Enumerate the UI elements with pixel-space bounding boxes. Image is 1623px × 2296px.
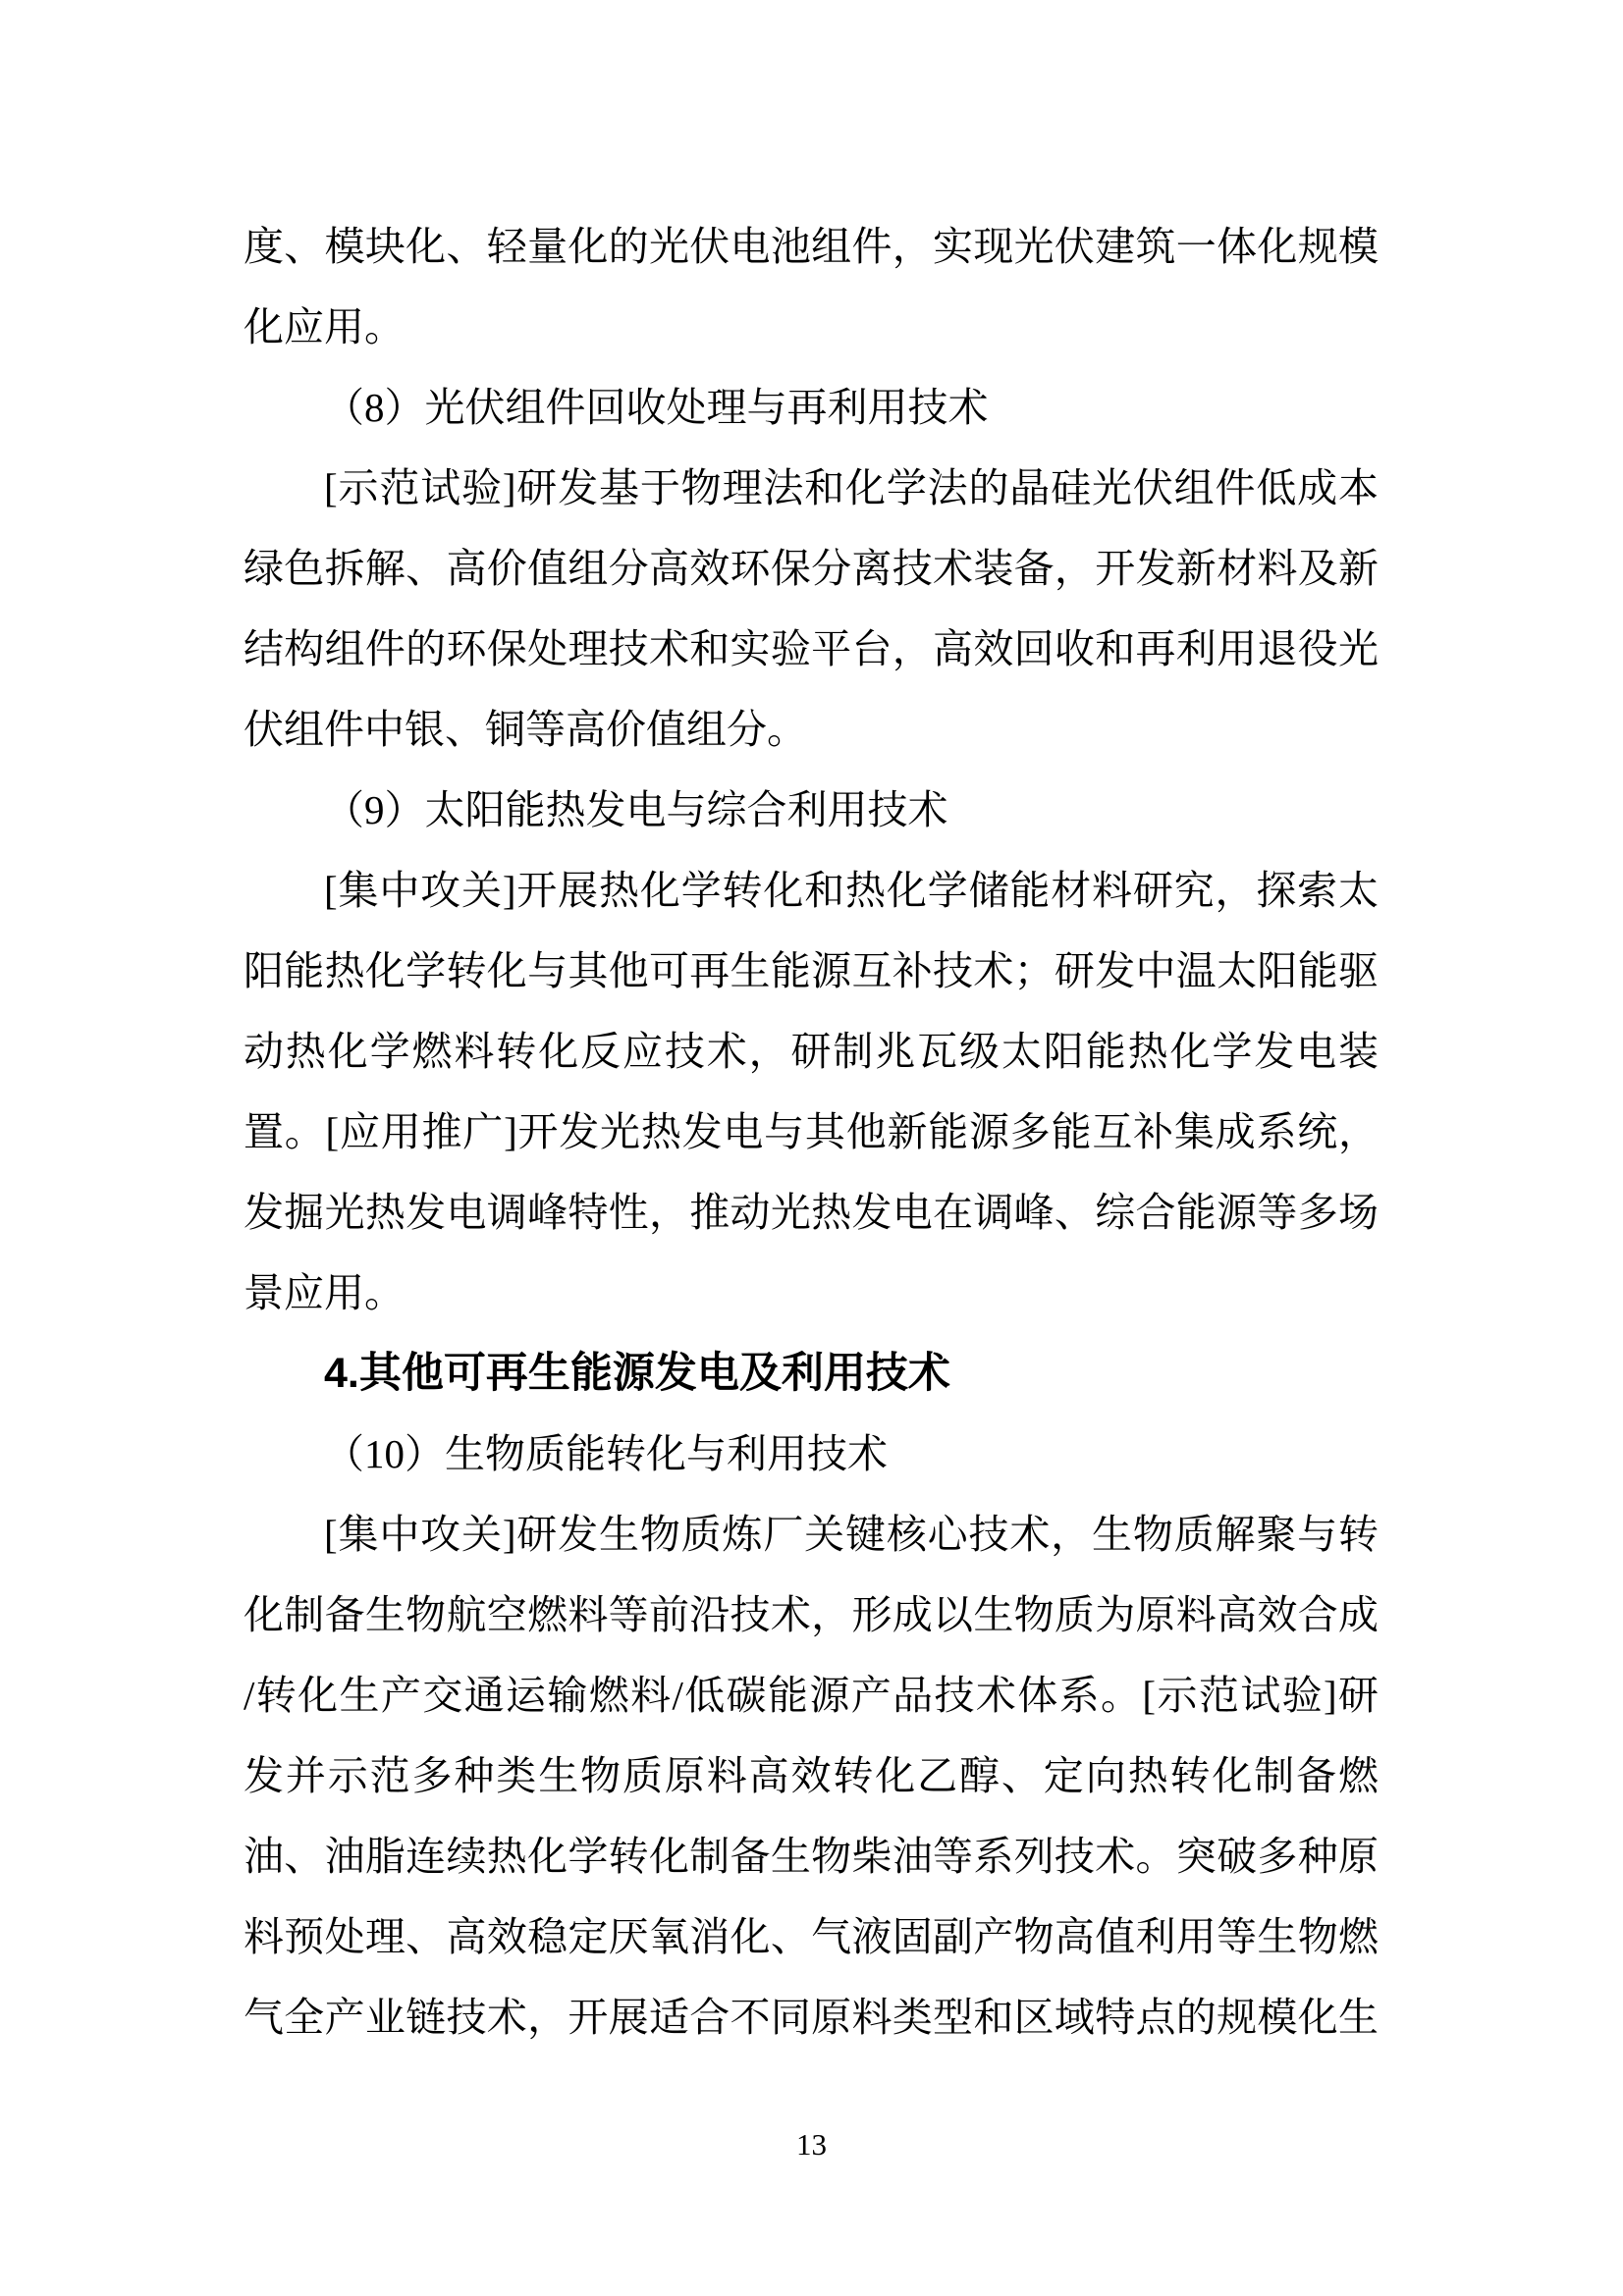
body-line: [示范试验]研发基于物理法和化学法的晶硅光伏组件低成本: [243, 448, 1379, 528]
document-page: 度、模块化、轻量化的光伏电池组件，实现光伏建筑一体化规模 化应用。 （8）光伏组…: [0, 0, 1623, 2296]
heading-item-8: （8）光伏组件回收处理与再利用技术: [243, 367, 1379, 448]
body-line: 结构组件的环保处理技术和实验平台，高效回收和再利用退役光: [243, 609, 1379, 689]
body-line: 阳能热化学转化与其他可再生能源互补技术；研发中温太阳能驱: [243, 931, 1379, 1011]
body-line: 伏组件中银、铜等高价值组分。: [243, 689, 1379, 770]
section-heading-4: 4.其他可再生能源发电及利用技术: [243, 1333, 1379, 1414]
page-number: 13: [0, 2128, 1623, 2162]
body-line: 置。[应用推广]开发光热发电与其他新能源多能互补集成系统，: [243, 1092, 1379, 1172]
body-line: 化应用。: [243, 287, 1379, 367]
body-line: 发掘光热发电调峰特性，推动光热发电在调峰、综合能源等多场: [243, 1172, 1379, 1253]
heading-item-9: （9）太阳能热发电与综合利用技术: [243, 770, 1379, 850]
body-line: 气全产业链技术，开展适合不同原料类型和区域特点的规模化生: [243, 1977, 1379, 2057]
body-line: 化制备生物航空燃料等前沿技术，形成以生物质为原料高效合成: [243, 1575, 1379, 1655]
body-line: 油、油脂连续热化学转化制备生物柴油等系列技术。突破多种原: [243, 1816, 1379, 1896]
body-line: [集中攻关]研发生物质炼厂关键核心技术，生物质解聚与转: [243, 1494, 1379, 1575]
text-block: 度、模块化、轻量化的光伏电池组件，实现光伏建筑一体化规模 化应用。 （8）光伏组…: [243, 206, 1379, 2057]
body-line: 动热化学燃料转化反应技术，研制兆瓦级太阳能热化学发电装: [243, 1011, 1379, 1092]
body-line: 度、模块化、轻量化的光伏电池组件，实现光伏建筑一体化规模: [243, 206, 1379, 287]
body-line: 料预处理、高效稳定厌氧消化、气液固副产物高值利用等生物燃: [243, 1896, 1379, 1977]
body-line: [集中攻关]开展热化学转化和热化学储能材料研究，探索太: [243, 850, 1379, 931]
body-line: 绿色拆解、高价值组分高效环保分离技术装备，开发新材料及新: [243, 528, 1379, 609]
body-line: /转化生产交通运输燃料/低碳能源产品技术体系。[示范试验]研: [243, 1655, 1379, 1735]
body-line: 发并示范多种类生物质原料高效转化乙醇、定向热转化制备燃: [243, 1735, 1379, 1816]
body-line: 景应用。: [243, 1253, 1379, 1333]
heading-item-10: （10）生物质能转化与利用技术: [243, 1414, 1379, 1494]
